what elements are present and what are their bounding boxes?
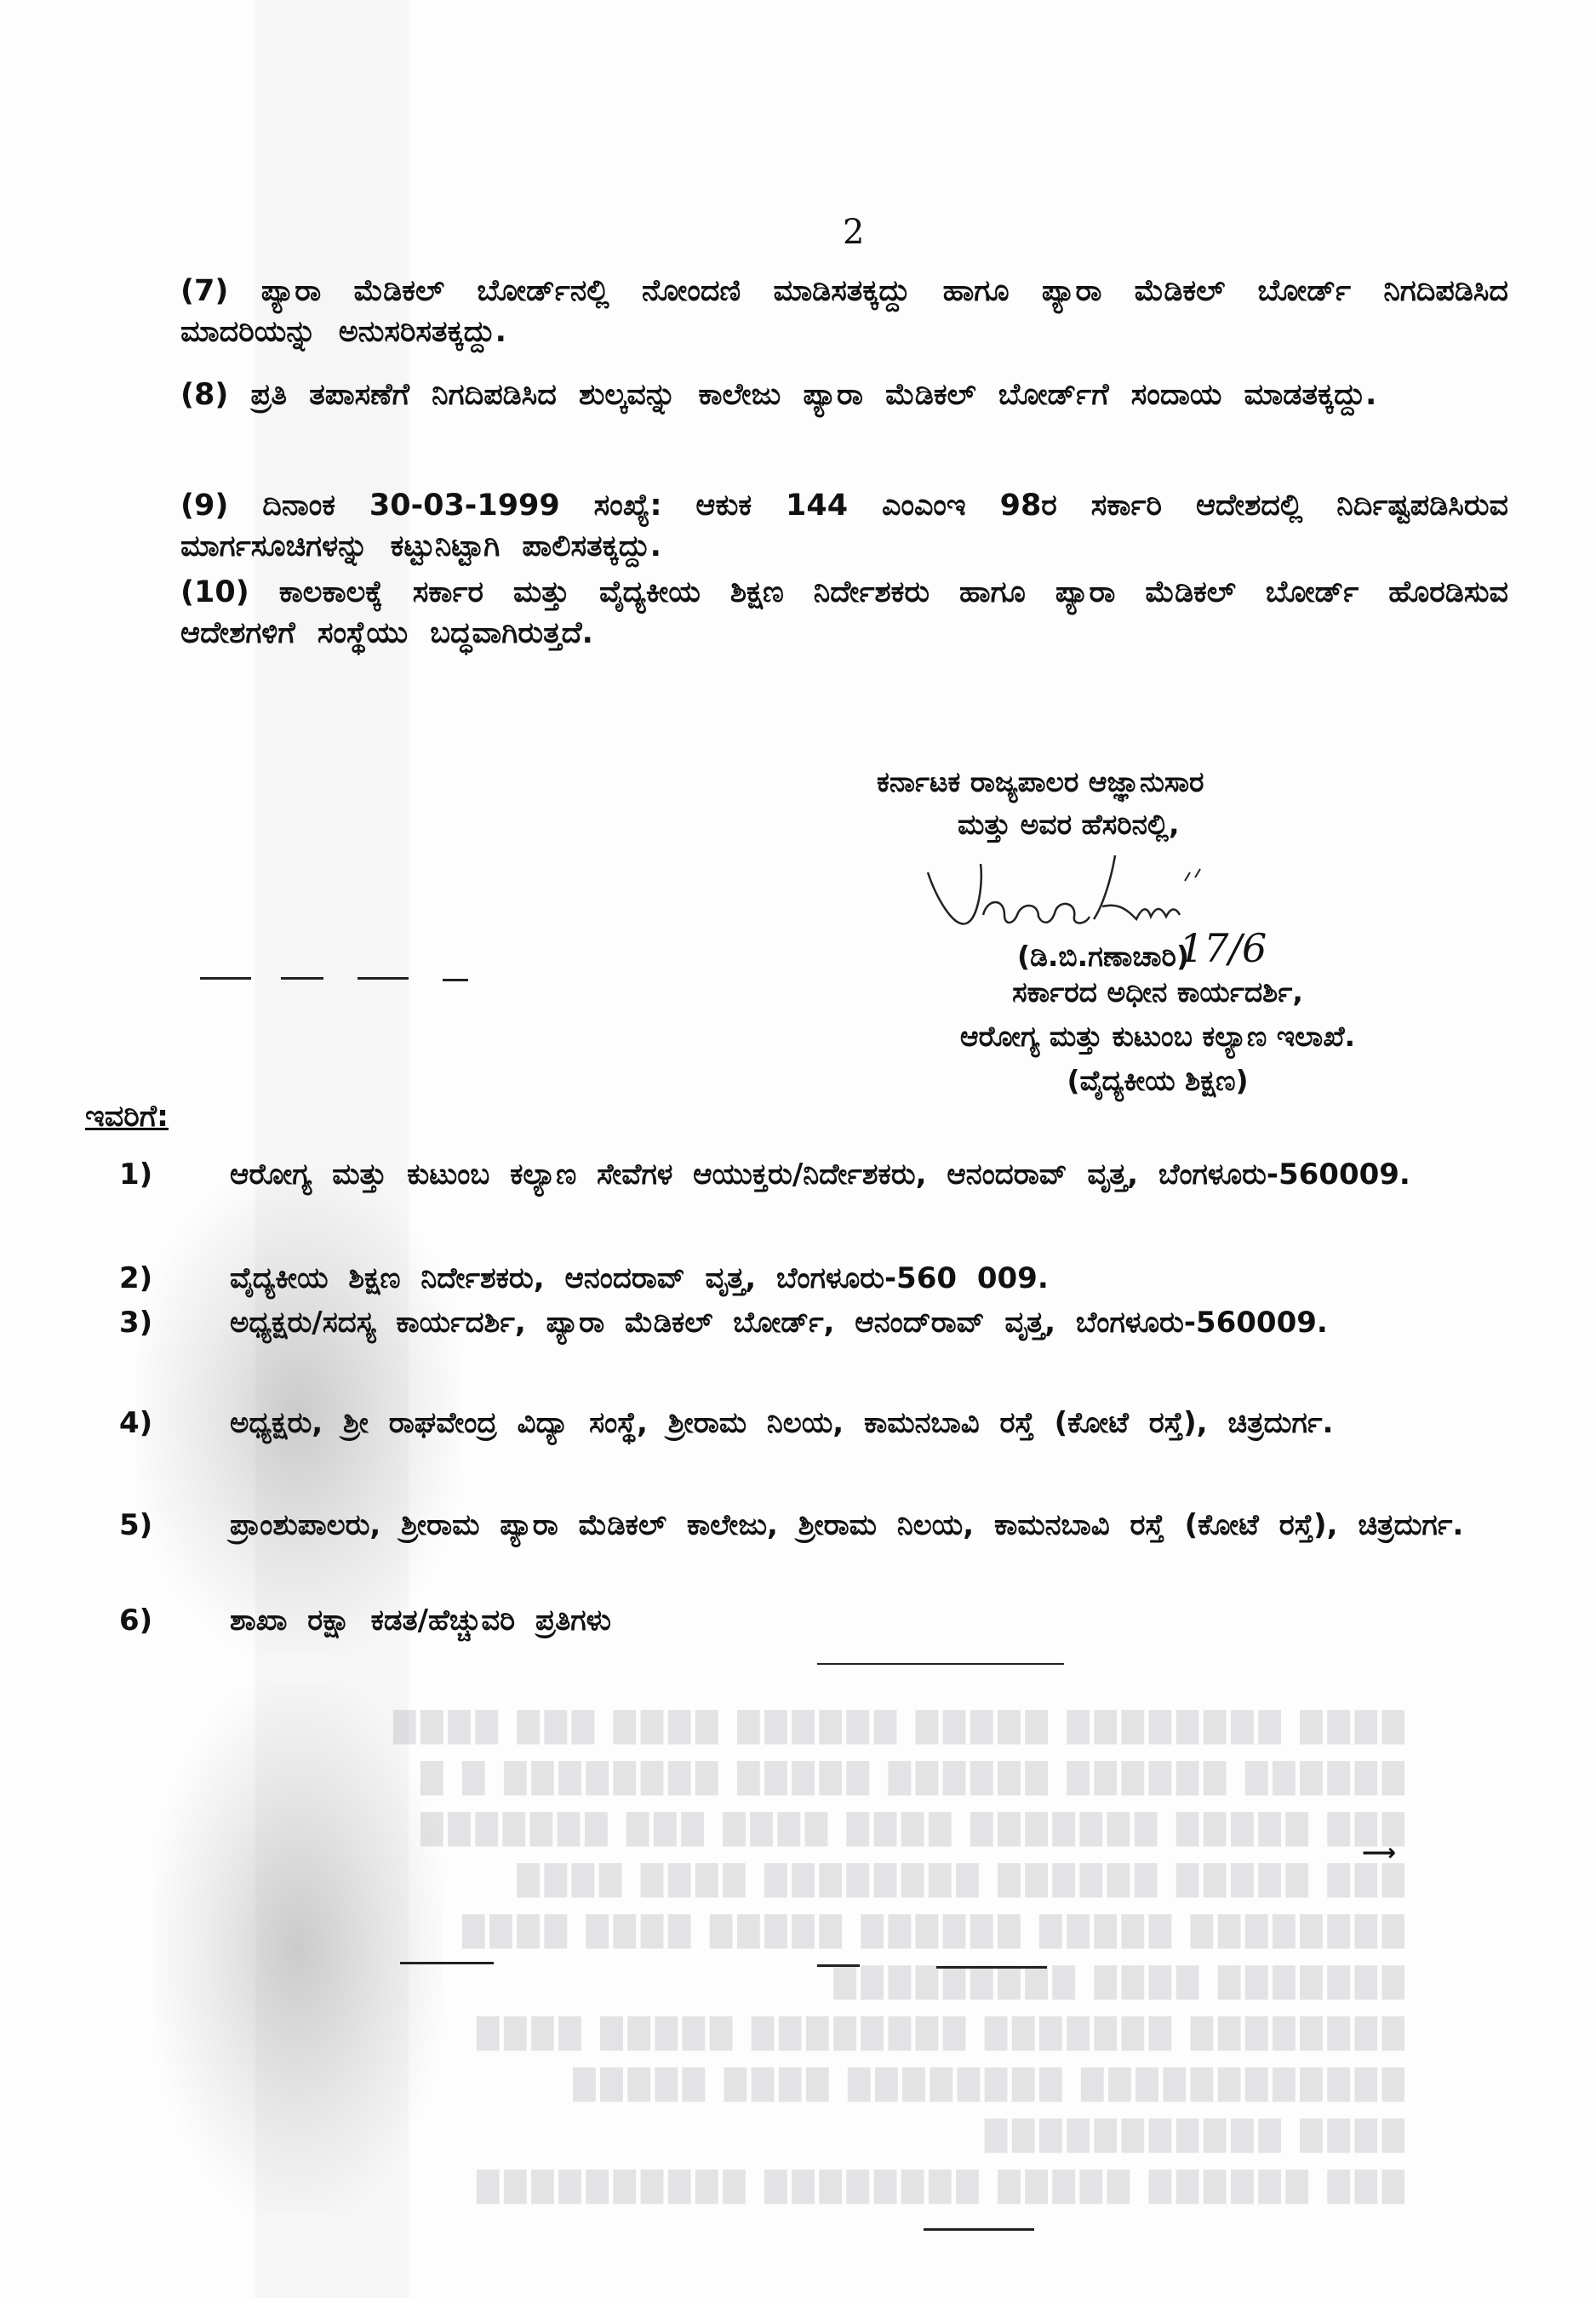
bleed-through-text: ████ ████████ █████ ██████ ████ ███ ████… xyxy=(128,1702,1404,2213)
copy-to-heading: ಇವರಿಗೆ: xyxy=(85,1100,169,1134)
condition-label: (10) xyxy=(180,575,249,609)
designation-title: ಸರ್ಕಾರದ ಅಧೀನ ಕಾರ್ಯದರ್ಶಿ, xyxy=(749,970,1566,1015)
item-number: 1) xyxy=(119,1154,179,1195)
item-text: ಶಾಖಾ ರಕ್ಷಾ ಕಡತ/ಹೆಚ್ಚುವರಿ ಪ್ರತಿಗಳು xyxy=(230,1600,1515,1641)
section-name: (ವೈದ್ಯಕೀಯ ಶಿಕ್ಷಣ) xyxy=(749,1059,1566,1103)
condition-text: ಪ್ಯಾರಾ ಮೆಡಿಕಲ್ ಬೋರ್ಡ್‌ನಲ್ಲಿ ನೋಂದಣಿ ಮಾಡಿಸ… xyxy=(180,274,1508,349)
item-text: ಆರೋಗ್ಯ ಮತ್ತು ಕುಟುಂಬ ಕಲ್ಯಾಣ ಸೇವೆಗಳ ಆಯುಕ್ತ… xyxy=(230,1154,1515,1195)
copy-to-item: 2) ವೈದ್ಯಕೀಯ ಶಿಕ್ಷಣ ನಿರ್ದೇಶಕರು, ಆನಂದರಾವ್ … xyxy=(119,1258,1515,1299)
scan-dash xyxy=(200,977,251,980)
condition-paragraph-10: (10) ಕಾಲಕಾಲಕ್ಕೆ ಸರ್ಕಾರ ಮತ್ತು ವೈದ್ಯಕೀಯ ಶಿ… xyxy=(180,572,1508,654)
item-number: 5) xyxy=(119,1505,179,1546)
condition-paragraph-8: (8) ಪ್ರತಿ ತಪಾಸಣೆಗೆ ನಿಗದಿಪಡಿಸಿದ ಶುಲ್ಕವನ್ನ… xyxy=(180,374,1508,415)
scanned-document-page: ████ ████████ █████ ██████ ████ ███ ████… xyxy=(0,0,1596,2298)
item-number: 2) xyxy=(119,1258,179,1299)
condition-label: (9) xyxy=(180,489,228,523)
department-name: ಆರೋಗ್ಯ ಮತ್ತು ಕುಟುಂಬ ಕಲ್ಯಾಣ ಇಲಾಖೆ. xyxy=(749,1015,1566,1059)
scan-dash xyxy=(924,2228,1034,2231)
scan-dash xyxy=(281,977,323,980)
scan-dash xyxy=(358,977,409,980)
condition-text: ಪ್ರತಿ ತಪಾಸಣೆಗೆ ನಿಗದಿಪಡಿಸಿದ ಶುಲ್ಕವನ್ನು ಕಾ… xyxy=(251,378,1377,412)
scan-dash xyxy=(400,1962,494,1964)
scan-dash xyxy=(817,1964,860,1967)
authority-line: ಕರ್ನಾಟಕ ರಾಜ್ಯಪಾಲರ ಆಜ್ಞಾನುಸಾರ xyxy=(877,762,1204,803)
handwritten-date: 17/6 xyxy=(1179,928,1267,969)
item-text: ವೈದ್ಯಕೀಯ ಶಿಕ್ಷಣ ನಿರ್ದೇಶಕರು, ಆನಂದರಾವ್ ವೃತ… xyxy=(230,1258,1515,1299)
condition-paragraph-9: (9) ದಿನಾಂಕ 30-03-1999 ಸಂಖ್ಯೆ: ಆಕುಕ 144 ಎ… xyxy=(180,485,1508,567)
designation-block: ಸರ್ಕಾರದ ಅಧೀನ ಕಾರ್ಯದರ್ಶಿ, ಆರೋಗ್ಯ ಮತ್ತು ಕು… xyxy=(749,970,1566,1103)
copy-to-item: 6) ಶಾಖಾ ರಕ್ಷಾ ಕಡತ/ಹೆಚ್ಚುವರಿ ಪ್ರತಿಗಳು xyxy=(119,1600,1515,1641)
copy-to-item: 5) ಪ್ರಾಂಶುಪಾಲರು, ಶ್ರೀರಾಮ ಪ್ಯಾರಾ ಮೆಡಿಕಲ್ … xyxy=(119,1505,1515,1546)
scan-dash xyxy=(817,1663,1064,1665)
copy-to-item: 4) ಅಧ್ಯಕ್ಷರು, ಶ್ರೀ ರಾಘವೇಂದ್ರ ವಿದ್ಯಾ ಸಂಸ್… xyxy=(119,1403,1515,1443)
scan-dash xyxy=(443,979,468,981)
condition-label: (7) xyxy=(180,274,228,308)
item-number: 4) xyxy=(119,1403,179,1443)
condition-text: ಕಾಲಕಾಲಕ್ಕೆ ಸರ್ಕಾರ ಮತ್ತು ವೈದ್ಯಕೀಯ ಶಿಕ್ಷಣ … xyxy=(180,575,1508,650)
continuation-arrow-icon: ⟶ xyxy=(1362,1838,1396,1866)
item-text: ಅಧ್ಯಕ್ಷರು/ಸದಸ್ಯ ಕಾರ್ಯದರ್ಶಿ, ಪ್ಯಾರಾ ಮೆಡಿಕ… xyxy=(230,1302,1515,1343)
scan-dash xyxy=(936,1966,1047,1969)
authority-line: ಮತ್ತು ಅವರ ಹೆಸರಿನಲ್ಲಿ, xyxy=(958,804,1180,845)
copy-to-item: 1) ಆರೋಗ್ಯ ಮತ್ತು ಕುಟುಂಬ ಕಲ್ಯಾಣ ಸೇವೆಗಳ ಆಯು… xyxy=(119,1154,1515,1195)
scan-smudge xyxy=(153,1685,443,2213)
handwritten-signature xyxy=(919,847,1209,940)
item-text: ಅಧ್ಯಕ್ಷರು, ಶ್ರೀ ರಾಘವೇಂದ್ರ ವಿದ್ಯಾ ಸಂಸ್ಥೆ,… xyxy=(230,1403,1515,1443)
item-number: 6) xyxy=(119,1600,179,1641)
page-number: 2 xyxy=(843,213,864,252)
item-number: 3) xyxy=(119,1302,179,1343)
condition-label: (8) xyxy=(180,378,228,412)
item-text: ಪ್ರಾಂಶುಪಾಲರು, ಶ್ರೀರಾಮ ಪ್ಯಾರಾ ಮೆಡಿಕಲ್ ಕಾಲ… xyxy=(230,1505,1515,1546)
condition-text: ದಿನಾಂಕ 30-03-1999 ಸಂಖ್ಯೆ: ಆಕುಕ 144 ಎಂಎಂಇ… xyxy=(180,489,1508,563)
condition-paragraph-7: (7) ಪ್ಯಾರಾ ಮೆಡಿಕಲ್ ಬೋರ್ಡ್‌ನಲ್ಲಿ ನೋಂದಣಿ ಮ… xyxy=(180,271,1508,352)
copy-to-item: 3) ಅಧ್ಯಕ್ಷರು/ಸದಸ್ಯ ಕಾರ್ಯದರ್ಶಿ, ಪ್ಯಾರಾ ಮೆ… xyxy=(119,1302,1515,1343)
